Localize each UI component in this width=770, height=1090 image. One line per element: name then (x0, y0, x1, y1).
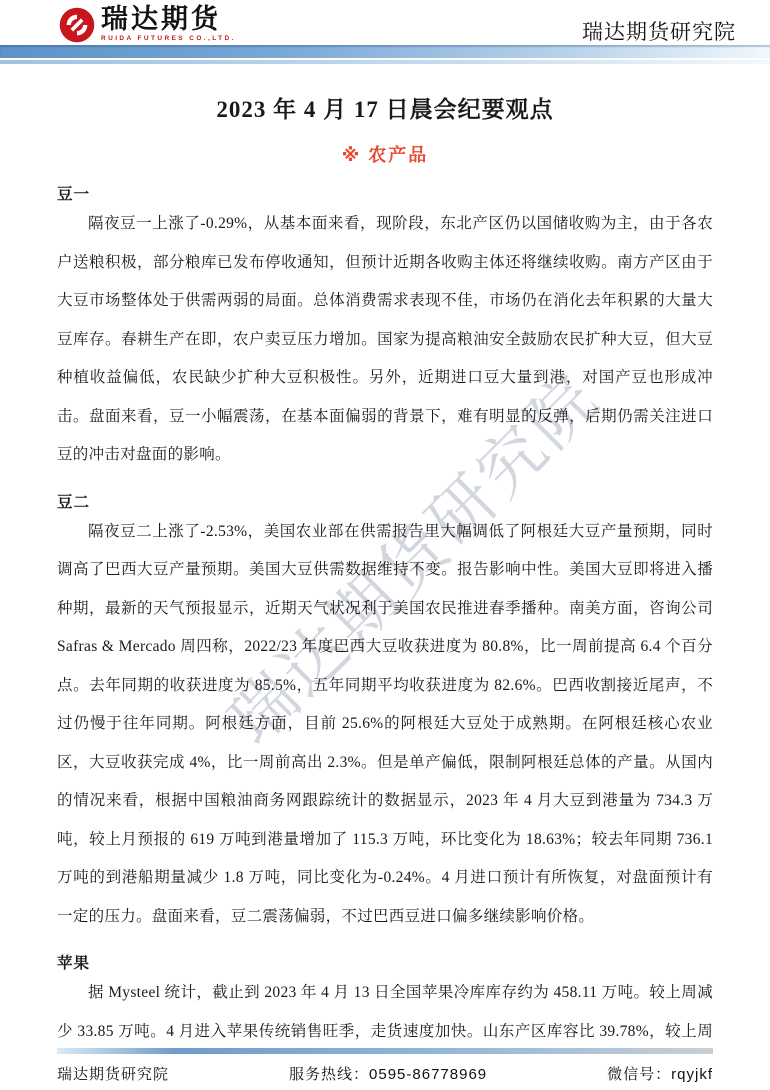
header-institute-name: 瑞达期货研究院 (582, 16, 736, 46)
footer-hotline-label: 服务热线： (289, 1066, 369, 1083)
brand-name-cn: 瑞达期货 (101, 6, 236, 33)
footer-wechat-label: 微信号： (607, 1066, 671, 1083)
header-divider-bar-main (0, 45, 770, 58)
section-paragraph: 隔夜豆二上涨了-2.53%，美国农业部在供需报告里大幅调低了阿根廷大豆产量预期，… (57, 513, 713, 937)
page-footer: 瑞达期货研究院 服务热线：0595-86778969 微信号：rqyjkf (0, 1048, 770, 1090)
footer-institute-name: 瑞达期货研究院 (57, 1063, 169, 1084)
page-header: 瑞达期货 RUIDA FUTURES CO.,LTD. 瑞达期货研究院 (0, 0, 770, 45)
company-logo: 瑞达期货 RUIDA FUTURES CO.,LTD. (58, 6, 236, 44)
header-divider-bar-sub (0, 60, 770, 64)
brand-name-en: RUIDA FUTURES CO.,LTD. (101, 36, 236, 43)
report-page: 瑞达期货研究院 瑞达期货 RUIDA FUTURES CO.,LTD. 瑞达期货… (0, 0, 770, 1090)
document-title: 2023 年 4 月 17 日晨会纪要观点 (57, 91, 713, 124)
footer-wechat: 微信号：rqyjkf (607, 1063, 713, 1084)
document-body: 2023 年 4 月 17 日晨会纪要观点 ※ 农产品 豆一 隔夜豆一上涨了-0… (0, 91, 770, 1090)
section-heading: 苹果 (57, 951, 713, 973)
footer-hotline-number: 0595-86778969 (369, 1066, 487, 1083)
footer-hotline: 服务热线：0595-86778969 (289, 1063, 487, 1084)
section-paragraph: 隔夜豆一上涨了-0.29%，从基本面来看，现阶段，东北产区仍以国储收购为主，由于… (57, 205, 713, 475)
footer-wechat-id: rqyjkf (671, 1066, 713, 1083)
ruida-logo-icon (58, 6, 96, 44)
section-heading: 豆一 (57, 182, 713, 204)
section-douer: 豆二 隔夜豆二上涨了-2.53%，美国农业部在供需报告里大幅调低了阿根廷大豆产量… (57, 490, 713, 937)
category-label: ※ 农产品 (57, 141, 713, 167)
section-heading: 豆二 (57, 490, 713, 512)
footer-info-row: 瑞达期货研究院 服务热线：0595-86778969 微信号：rqyjkf (57, 1063, 713, 1084)
section-douyi: 豆一 隔夜豆一上涨了-0.29%，从基本面来看，现阶段，东北产区仍以国储收购为主… (57, 182, 713, 475)
brand-text: 瑞达期货 RUIDA FUTURES CO.,LTD. (101, 6, 236, 43)
footer-divider-bar (57, 1048, 713, 1054)
